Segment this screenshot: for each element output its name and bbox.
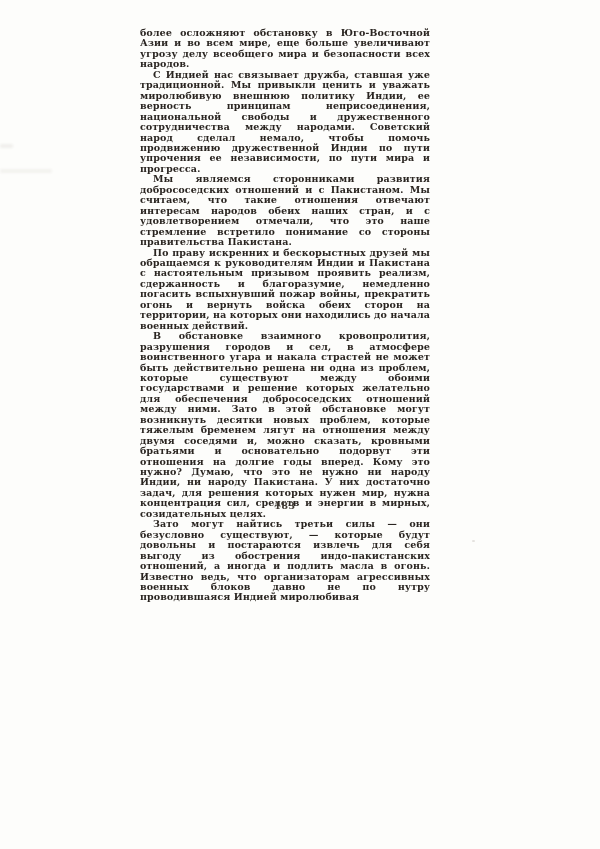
paragraph: В обстановке взаимного кровопролития, ра… [140,332,430,520]
paragraph: С Индией нас связывает дружба, ставшая у… [140,71,430,176]
book-page: более осложняют обстановку в Юго-Восточн… [0,0,600,849]
paragraph: Мы являемся сторонниками развития доброс… [140,175,430,248]
page-number: 183 [140,501,430,512]
scan-smudge-artifact [0,169,52,173]
paragraph: более осложняют обстановку в Юго-Восточн… [140,29,430,71]
page-text-column: более осложняют обстановку в Юго-Восточн… [140,29,430,604]
scan-smudge-artifact [0,144,13,148]
paragraph: По праву искренних и бескорыстных друзей… [140,249,430,333]
paragraph: Зато могут найтись третьи силы — они без… [140,520,430,604]
scan-speck-artifact [472,540,475,542]
